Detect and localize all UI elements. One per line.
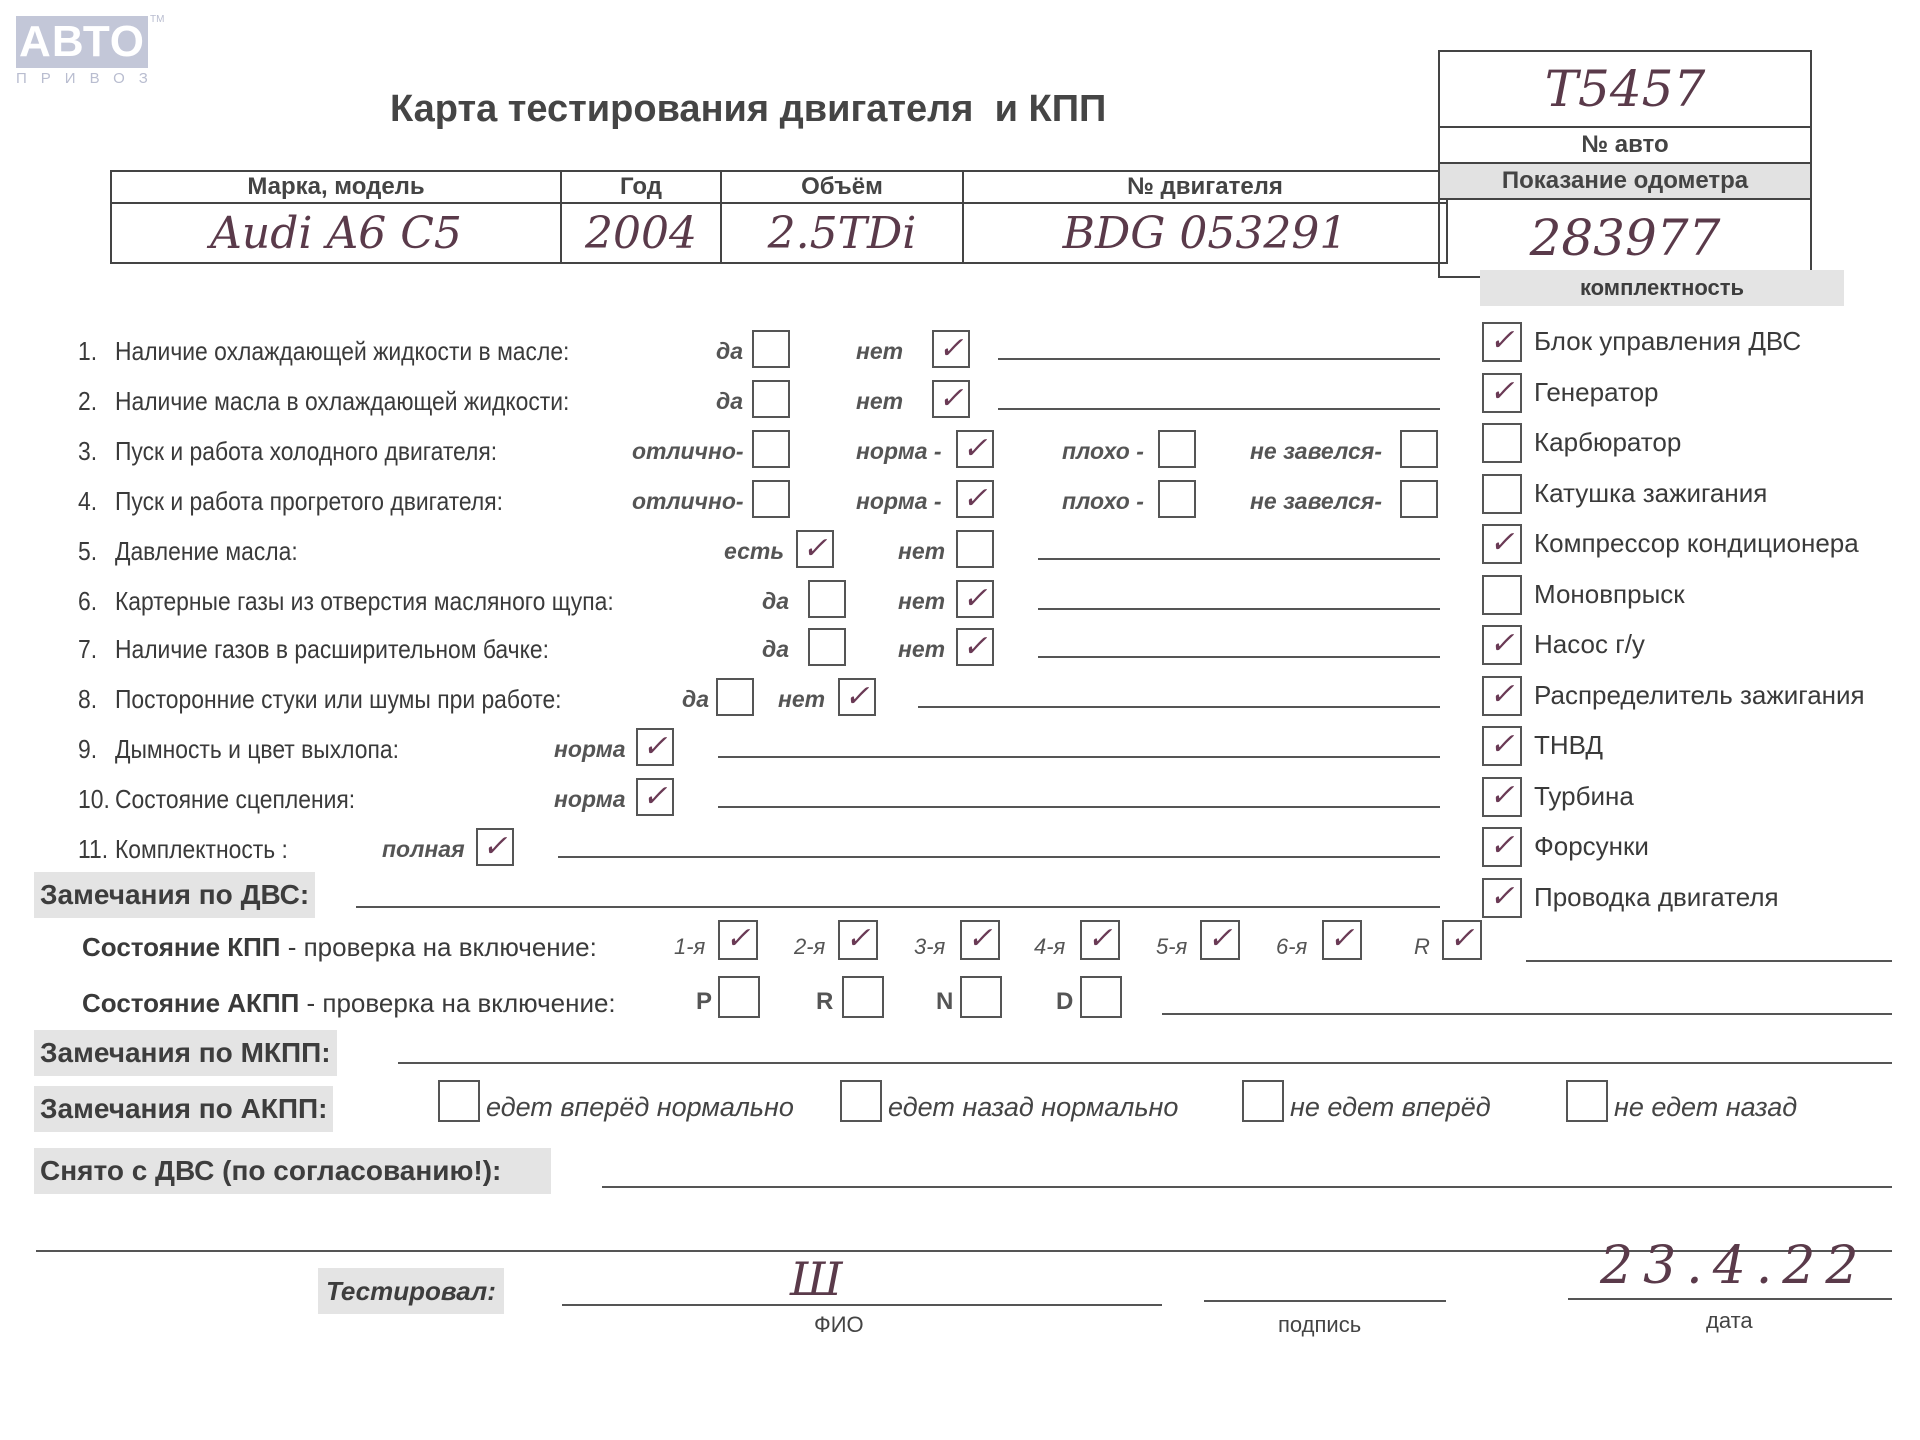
car-number-label: № авто	[1440, 128, 1810, 164]
option-checkbox[interactable]: ✓	[838, 678, 876, 716]
question-number: 5.	[78, 536, 115, 567]
gear-label: 6-я	[1276, 934, 1307, 960]
question-label: Состояние сцепления:	[115, 784, 355, 814]
kit-item-label: Распределитель зажигания	[1534, 680, 1865, 711]
date-line[interactable]	[1568, 1298, 1892, 1300]
signature-line[interactable]	[1204, 1300, 1446, 1302]
remark-line[interactable]	[1038, 608, 1440, 610]
option-checkbox[interactable]	[752, 480, 790, 518]
checklist-question: 1.Наличие охлаждающей жидкости в масле:	[78, 336, 569, 367]
option-label: нет	[856, 338, 903, 365]
option-checkbox[interactable]	[752, 380, 790, 418]
auto-remark-checkbox[interactable]	[438, 1080, 480, 1122]
option-checkbox[interactable]: ✓	[636, 778, 674, 816]
kit-item-label: Блок управления ДВС	[1534, 326, 1801, 357]
car-number-field[interactable]: T5457	[1440, 52, 1810, 128]
check-mark-icon: ✓	[1484, 779, 1520, 813]
option-label: полная	[382, 836, 465, 863]
kit-checkbox[interactable]: ✓	[1482, 524, 1522, 564]
option-label: норма -	[856, 488, 942, 515]
remark-line[interactable]	[558, 856, 1440, 858]
option-label: да	[682, 686, 709, 713]
option-checkbox[interactable]: ✓	[956, 480, 994, 518]
option-label: норма	[554, 786, 626, 813]
remark-line[interactable]	[718, 756, 1440, 758]
option-label: да	[716, 388, 743, 415]
page-title: Карта тестирования двигателя и КПП	[390, 88, 1106, 131]
question-label: Дымность и цвет выхлопа:	[115, 734, 399, 764]
option-checkbox[interactable]: ✓	[932, 380, 970, 418]
logo-subtitle: ПРИВОЗ	[16, 70, 156, 87]
date-value[interactable]: 23.4.22	[1600, 1236, 1868, 1296]
kit-checkbox[interactable]: ✓	[1482, 625, 1522, 665]
position-checkbox[interactable]	[1080, 976, 1122, 1018]
check-mark-icon: ✓	[1484, 324, 1520, 358]
option-label: отлично-	[632, 488, 744, 515]
question-number: 9.	[78, 734, 115, 765]
question-label: Наличие охлаждающей жидкости в масле:	[115, 336, 569, 366]
gear-checkbox[interactable]: ✓	[838, 920, 878, 960]
kit-checkbox[interactable]	[1482, 423, 1522, 463]
volume-field[interactable]: 2.5TDi	[721, 203, 963, 263]
auto-remark-checkbox[interactable]	[840, 1080, 882, 1122]
odometer-field[interactable]: 283977	[1440, 200, 1810, 276]
check-mark-icon: ✓	[1324, 922, 1360, 956]
tester-name-caption: ФИО	[814, 1312, 864, 1338]
position-checkbox[interactable]	[960, 976, 1002, 1018]
question-label: Пуск и работа холодного двигателя:	[115, 436, 497, 466]
check-mark-icon: ✓	[1082, 922, 1118, 956]
kit-checkbox[interactable]: ✓	[1482, 676, 1522, 716]
tested-by-label: Тестировал:	[318, 1268, 504, 1314]
kit-item-label: Генератор	[1534, 377, 1659, 408]
check-mark-icon: ✓	[958, 432, 992, 466]
header-volume: Объём	[721, 171, 963, 203]
option-label: норма -	[856, 438, 942, 465]
question-number: 4.	[78, 486, 115, 517]
option-label: нет	[898, 538, 945, 565]
check-mark-icon: ✓	[1484, 526, 1520, 560]
remarks-manual-line[interactable]	[398, 1062, 1892, 1064]
auto-remark-checkbox[interactable]	[1242, 1080, 1284, 1122]
option-checkbox[interactable]	[752, 330, 790, 368]
option-label: отлично-	[632, 438, 744, 465]
manual-gearbox-line[interactable]	[1526, 960, 1892, 962]
option-checkbox[interactable]: ✓	[636, 728, 674, 766]
kit-checkbox[interactable]	[1482, 474, 1522, 514]
question-number: 11.	[78, 834, 115, 865]
logo-trademark: TM	[150, 14, 164, 25]
checklist-question: 7.Наличие газов в расширительном бачке:	[78, 634, 549, 665]
checklist-question: 9.Дымность и цвет выхлопа:	[78, 734, 399, 765]
gear-label: 1-я	[674, 934, 705, 960]
car-box: T5457 № авто Показание одометра 283977	[1438, 50, 1812, 278]
kit-checkbox[interactable]: ✓	[1482, 777, 1522, 817]
manual-gearbox-label-bold: Состояние КПП	[82, 932, 281, 962]
signature-caption: подпись	[1278, 1312, 1361, 1338]
question-label: Давление масла:	[115, 536, 298, 566]
check-mark-icon: ✓	[934, 382, 968, 416]
engine-number-field[interactable]: BDG 053291	[963, 203, 1447, 263]
auto-remark-label: едет вперёд нормально	[486, 1092, 794, 1123]
manual-gearbox-label: Состояние КПП - проверка на включение:	[82, 932, 597, 963]
option-label: не завелся-	[1250, 488, 1382, 515]
option-checkbox[interactable]	[1400, 480, 1438, 518]
option-label: да	[716, 338, 743, 365]
remark-line[interactable]	[718, 806, 1440, 808]
check-mark-icon: ✓	[958, 630, 992, 664]
remarks-manual-label: Замечания по МКПП:	[34, 1030, 337, 1076]
gear-label: R	[1414, 934, 1430, 960]
option-checkbox[interactable]	[808, 580, 846, 618]
position-label: R	[816, 988, 833, 1016]
auto-remark-label: не едет вперёд	[1290, 1092, 1491, 1123]
auto-gearbox-line[interactable]	[1162, 1013, 1892, 1015]
check-mark-icon: ✓	[798, 532, 832, 566]
check-mark-icon: ✓	[1202, 922, 1238, 956]
auto-gearbox-label: Состояние АКПП - проверка на включение:	[82, 988, 616, 1019]
gear-checkbox[interactable]: ✓	[1200, 920, 1240, 960]
remark-line[interactable]	[998, 408, 1440, 410]
question-label: Посторонние стуки или шумы при работе:	[115, 684, 562, 714]
check-mark-icon: ✓	[1484, 829, 1520, 863]
gear-checkbox[interactable]: ✓	[718, 920, 758, 960]
check-mark-icon: ✓	[1484, 880, 1520, 914]
check-mark-icon: ✓	[840, 680, 874, 714]
check-mark-icon: ✓	[1444, 922, 1480, 956]
option-checkbox[interactable]: ✓	[956, 628, 994, 666]
option-checkbox[interactable]: ✓	[476, 828, 514, 866]
gear-checkbox[interactable]: ✓	[1442, 920, 1482, 960]
check-mark-icon: ✓	[1484, 627, 1520, 661]
option-checkbox[interactable]	[716, 678, 754, 716]
option-checkbox[interactable]: ✓	[956, 430, 994, 468]
check-mark-icon: ✓	[1484, 375, 1520, 409]
kit-item-label: Турбина	[1534, 781, 1634, 812]
logo: АВТО	[16, 16, 148, 68]
auto-remark-checkbox[interactable]	[1566, 1080, 1608, 1122]
option-label: норма	[554, 736, 626, 763]
option-label: не завелся-	[1250, 438, 1382, 465]
vehicle-info-table: Марка, модель Год Объём № двигателя Audi…	[110, 170, 1448, 264]
gear-label: 2-я	[794, 934, 825, 960]
auto-gearbox-label-rest: - проверка на включение:	[299, 988, 615, 1018]
kit-checkbox[interactable]: ✓	[1482, 827, 1522, 867]
header-engine-number: № двигателя	[963, 171, 1447, 203]
check-mark-icon: ✓	[934, 332, 968, 366]
question-label: Картерные газы из отверстия масляного щу…	[115, 586, 614, 616]
gear-checkbox[interactable]: ✓	[960, 920, 1000, 960]
option-label: плохо -	[1062, 488, 1144, 515]
question-number: 6.	[78, 586, 115, 617]
remark-line[interactable]	[918, 706, 1440, 708]
position-checkbox[interactable]	[842, 976, 884, 1018]
check-mark-icon: ✓	[720, 922, 756, 956]
option-checkbox[interactable]: ✓	[796, 530, 834, 568]
option-checkbox[interactable]	[1158, 480, 1196, 518]
check-mark-icon: ✓	[638, 730, 672, 764]
question-number: 3.	[78, 436, 115, 467]
question-number: 7.	[78, 634, 115, 665]
option-label: есть	[724, 538, 784, 565]
option-checkbox[interactable]	[1158, 430, 1196, 468]
manual-gearbox-label-rest: - проверка на включение:	[281, 932, 597, 962]
checklist-question: 11.Комплектность :	[78, 834, 288, 865]
question-label: Пуск и работа прогретого двигателя:	[115, 486, 503, 516]
kit-title: комплектность	[1480, 270, 1844, 306]
gear-label: 3-я	[914, 934, 945, 960]
remark-line[interactable]	[1038, 656, 1440, 658]
position-label: P	[696, 988, 712, 1016]
checklist-question: 5.Давление масла:	[78, 536, 298, 567]
option-label: нет	[778, 686, 825, 713]
option-checkbox[interactable]	[956, 530, 994, 568]
kit-item-label: Моновпрыск	[1534, 579, 1685, 610]
remark-line[interactable]	[1038, 558, 1440, 560]
option-checkbox[interactable]	[752, 430, 790, 468]
kit-item-label: Катушка зажигания	[1534, 478, 1767, 509]
option-label: нет	[898, 636, 945, 663]
kit-item-label: Насос г/у	[1534, 629, 1645, 660]
checklist-question: 4.Пуск и работа прогретого двигателя:	[78, 486, 503, 517]
kit-item-label: Карбюратор	[1534, 427, 1681, 458]
kit-checkbox[interactable]: ✓	[1482, 878, 1522, 918]
checklist-question: 6.Картерные газы из отверстия масляного …	[78, 586, 614, 617]
odometer-label: Показание одометра	[1440, 164, 1810, 200]
kit-item-label: Компрессор кондиционера	[1534, 528, 1859, 559]
remarks-auto-label: Замечания по АКПП:	[34, 1086, 333, 1132]
option-checkbox[interactable]: ✓	[932, 330, 970, 368]
option-checkbox[interactable]: ✓	[956, 580, 994, 618]
gear-checkbox[interactable]: ✓	[1322, 920, 1362, 960]
check-mark-icon: ✓	[958, 582, 992, 616]
option-checkbox[interactable]	[808, 628, 846, 666]
header-make-model: Марка, модель	[111, 171, 561, 203]
remarks-engine-line[interactable]	[356, 906, 1440, 908]
check-mark-icon: ✓	[478, 830, 512, 864]
auto-remark-label: не едет назад	[1614, 1092, 1797, 1123]
date-caption: дата	[1706, 1308, 1753, 1334]
checklist-question: 8.Посторонние стуки или шумы при работе:	[78, 684, 562, 715]
auto-gearbox-label-bold: Состояние АКПП	[82, 988, 299, 1018]
option-label: нет	[898, 588, 945, 615]
option-label: да	[762, 588, 789, 615]
kit-item-label: Форсунки	[1534, 831, 1649, 862]
checklist-question: 2.Наличие масла в охлаждающей жидкости:	[78, 386, 569, 417]
question-label: Наличие масла в охлаждающей жидкости:	[115, 386, 569, 416]
kit-item-label: Проводка двигателя	[1534, 882, 1779, 913]
position-label: N	[936, 988, 953, 1016]
option-label: плохо -	[1062, 438, 1144, 465]
removed-line[interactable]	[602, 1186, 1892, 1188]
question-label: Наличие газов в расширительном бачке:	[115, 634, 549, 664]
question-label: Комплектность :	[115, 834, 288, 864]
question-number: 10.	[78, 784, 115, 815]
check-mark-icon: ✓	[958, 482, 992, 516]
question-number: 1.	[78, 336, 115, 367]
tester-name-line[interactable]	[562, 1304, 1162, 1306]
gear-checkbox[interactable]: ✓	[1080, 920, 1120, 960]
checklist-question: 3.Пуск и работа холодного двигателя:	[78, 436, 497, 467]
gear-label: 5-я	[1156, 934, 1187, 960]
checklist-question: 10.Состояние сцепления:	[78, 784, 355, 815]
kit-checkbox[interactable]: ✓	[1482, 373, 1522, 413]
question-number: 8.	[78, 684, 115, 715]
tester-name-value[interactable]: Ш	[790, 1252, 843, 1306]
kit-item-label: ТНВД	[1534, 730, 1603, 761]
option-checkbox[interactable]	[1400, 430, 1438, 468]
check-mark-icon: ✓	[1484, 678, 1520, 712]
check-mark-icon: ✓	[1484, 728, 1520, 762]
kit-checkbox[interactable]	[1482, 575, 1522, 615]
check-mark-icon: ✓	[962, 922, 998, 956]
remark-line[interactable]	[998, 358, 1440, 360]
check-mark-icon: ✓	[840, 922, 876, 956]
position-checkbox[interactable]	[718, 976, 760, 1018]
gear-label: 4-я	[1034, 934, 1065, 960]
check-mark-icon: ✓	[638, 780, 672, 814]
year-field[interactable]: 2004	[561, 203, 721, 263]
header-year: Год	[561, 171, 721, 203]
make-model-field[interactable]: Audi A6 C5	[111, 203, 561, 263]
auto-remark-label: едет назад нормально	[888, 1092, 1178, 1123]
kit-checkbox[interactable]: ✓	[1482, 322, 1522, 362]
option-label: да	[762, 636, 789, 663]
removed-label: Снято с ДВС (по согласованию!):	[34, 1148, 551, 1194]
kit-checkbox[interactable]: ✓	[1482, 726, 1522, 766]
option-label: нет	[856, 388, 903, 415]
remarks-engine-label: Замечания по ДВС:	[34, 872, 315, 918]
position-label: D	[1056, 988, 1073, 1016]
question-number: 2.	[78, 386, 115, 417]
